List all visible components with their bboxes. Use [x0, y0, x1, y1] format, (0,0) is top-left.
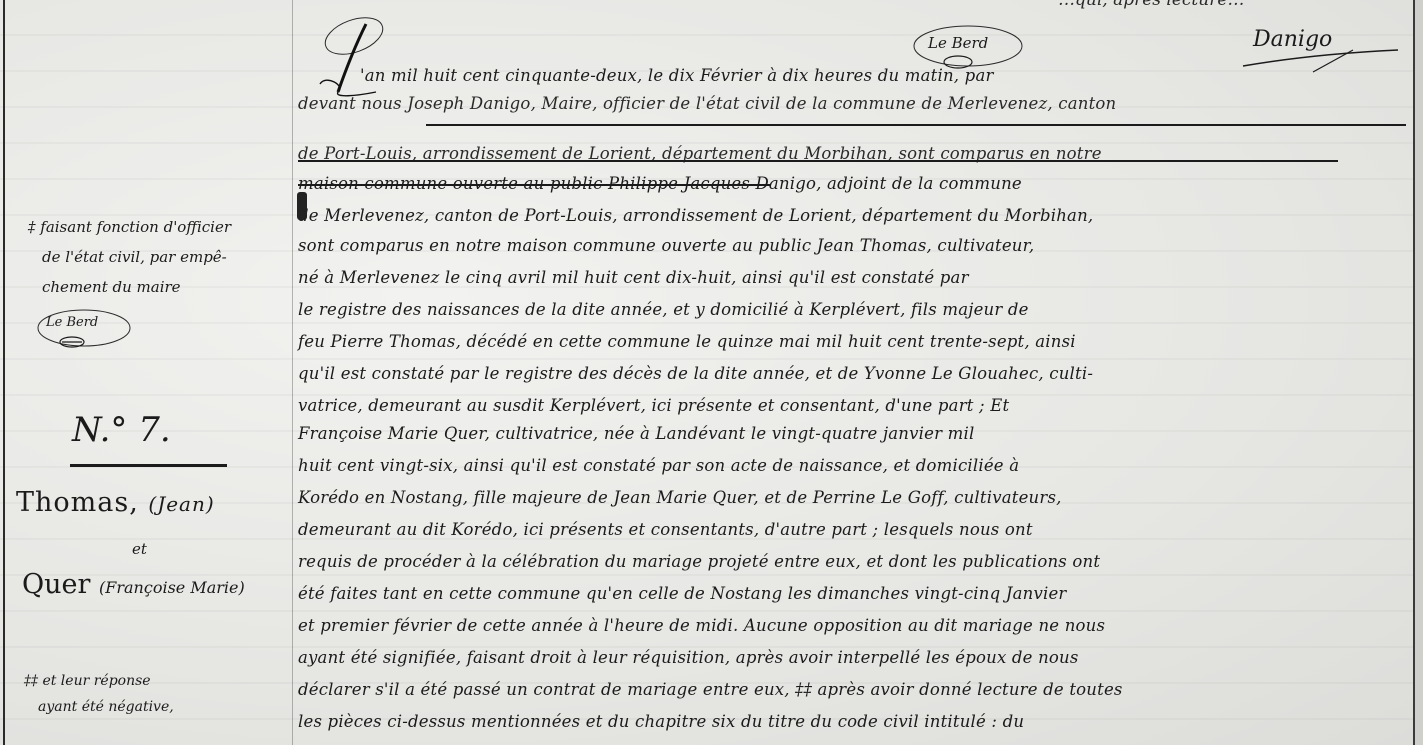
body-line: Korédo en Nostang, fille majeure de Jean…	[298, 488, 1408, 507]
previous-act-tail: …qui, après lecture…	[298, 0, 1423, 10]
body-line: requis de procéder à la célébration du m…	[298, 552, 1408, 571]
svg-text:Danigo: Danigo	[1252, 27, 1332, 52]
body-line-struck: devant nous Joseph Danigo, Maire, offici…	[298, 94, 1408, 113]
body-line: de Merlevenez, canton de Port-Louis, arr…	[298, 206, 1408, 225]
body-line: feu Pierre Thomas, décédé en cette commu…	[298, 332, 1408, 351]
ink-blot	[297, 192, 307, 220]
margin-note-response: ‡‡ et leur réponse ayant été négative,	[24, 668, 284, 720]
body-line: sont comparus en notre maison commune ou…	[298, 236, 1408, 255]
margin-note-line: de l'état civil, par empê-	[28, 242, 288, 272]
body-line: né à Merlevenez le cinq avril mil huit c…	[298, 268, 1408, 287]
signature-le-berd-margin: Le Berd	[32, 302, 132, 350]
page-edge	[1415, 0, 1423, 745]
body-line: vatrice, demeurant au susdit Kerplévert,…	[298, 396, 1408, 415]
left-border-rule	[3, 0, 5, 745]
groom-given-name: (Jean)	[148, 492, 214, 516]
body-line: huit cent vingt-six, ainsi qu'il est con…	[298, 456, 1408, 475]
groom-surname: Thomas	[16, 487, 129, 518]
margin-note-line: ‡‡ et leur réponse	[24, 668, 284, 694]
margin-note-line: ayant été négative,	[24, 694, 284, 720]
svg-text:Le Berd: Le Berd	[45, 315, 98, 330]
strike-through	[298, 160, 1338, 162]
body-line: et premier février de cette année à l'he…	[298, 616, 1408, 635]
margin-note-line: chement du maire	[28, 272, 288, 302]
margin-column: ‡ faisant fonction d'officier de l'état …	[10, 0, 288, 745]
act-number-underline	[70, 464, 227, 467]
svg-text:Le Berd: Le Berd	[927, 34, 988, 52]
margin-spouse-bride: Quer (Françoise Marie)	[22, 569, 245, 600]
document-page: ‡ faisant fonction d'officier de l'état …	[0, 0, 1423, 745]
drop-cap-l	[316, 14, 386, 104]
body-line: le registre des naissances de la dite an…	[298, 300, 1408, 319]
body-line: été faites tant en cette commune qu'en c…	[298, 584, 1408, 603]
margin-conjunction: et	[132, 540, 147, 558]
body-line: qu'il est constaté par le registre des d…	[298, 364, 1408, 383]
strike-through	[426, 124, 1406, 126]
body-line: les pièces ci-dessus mentionnées et du c…	[298, 712, 1408, 731]
bride-surname: Quer	[22, 569, 90, 600]
margin-note-officiant: ‡ faisant fonction d'officier de l'état …	[28, 212, 288, 302]
body-line: 'an mil huit cent cinquante-deux, le dix…	[298, 66, 1423, 85]
body-line: Françoise Marie Quer, cultivatrice, née …	[298, 424, 1408, 443]
body-line: demeurant au dit Korédo, ici présents et…	[298, 520, 1408, 539]
body-line: déclarer s'il a été passé un contrat de …	[298, 680, 1408, 699]
signature-danigo: Danigo	[1233, 14, 1403, 74]
signature-le-berd: Le Berd	[910, 22, 1026, 72]
act-number: N.° 7.	[72, 410, 171, 450]
bride-given-name: (Françoise Marie)	[99, 578, 245, 597]
margin-divider-rule	[292, 0, 293, 745]
act-body: …qui, après lecture… Le Berd Danigo 'an …	[298, 0, 1410, 745]
body-line: ayant été signifiée, faisant droit à leu…	[298, 648, 1408, 667]
margin-note-line: ‡ faisant fonction d'officier	[28, 212, 288, 242]
strike-through	[298, 184, 771, 186]
margin-spouse-groom: Thomas, (Jean)	[16, 487, 215, 518]
